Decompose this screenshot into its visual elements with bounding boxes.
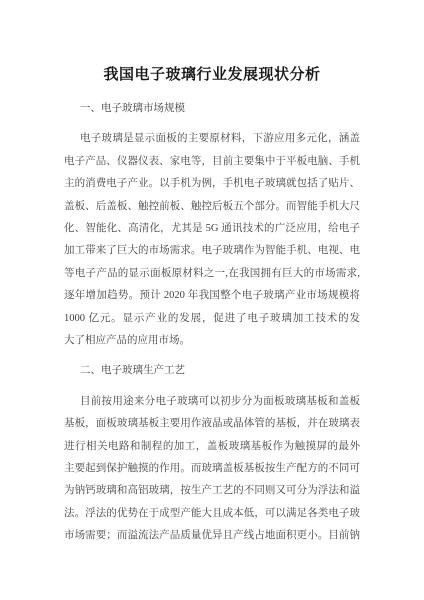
text-line: 目前按用途来分电子玻璃可以初步分为面板玻璃基板和盖板玻璃 [64,391,360,413]
document-title: 我国电子玻璃行业发展现状分析 [64,62,360,88]
text-line: 法。浮法的优势在于成型产能大且成本低，可以满足各类电子玻璃 [64,503,360,525]
text-line: 电子产品、仪器仪表、家电等，目前主要集中于平板电脑、手机为 [64,151,360,173]
text-line: 逐年增加趋势。预计 2020 年我国整个电子玻璃产业市场规模将突破 [64,285,360,307]
text-line: 为钠钙玻璃和高铝玻璃，按生产工艺的不同则又可分为浮法和溢流 [64,480,360,502]
text-line: 盖板、后盖板、触控前板、触控后板五个部分。而智能手机大尺寸 [64,196,360,218]
document-page: 我国电子玻璃行业发展现状分析 一、电子玻璃市场规模电子玻璃是显示面板的主要原材料… [0,0,424,600]
document-body: 一、电子玻璃市场规模电子玻璃是显示面板的主要原材料，下游应用多元化，涵盖消费电子… [64,98,360,547]
text-line: 基板，面板玻璃基板主要用作液晶或晶体管的基板，并在玻璃表面 [64,413,360,435]
text-line: 1000 亿元。显示产业的发展，促进了电子玻璃加工技术的发展，扩 [64,308,360,330]
paragraph: 电子玻璃是显示面板的主要原材料，下游应用多元化，涵盖消费电子产品、仪器仪表、家电… [64,128,360,352]
text-line: 大了相应产品的应用市场。 [64,330,360,352]
section-heading: 一、电子玻璃市场规模 [64,98,360,120]
text-line: 化、智能化、高清化，尤其是 5G 通讯技术的广泛应用，给电子玻璃 [64,218,360,240]
text-line: 等电子产品的显示面板原材料之一,在我国拥有巨大的市场需求,且呈 [64,263,360,285]
text-line: 市场需要；而溢流法产品质量优异且产线占地面积更小。目前钠钙 [64,525,360,547]
paragraph: 目前按用途来分电子玻璃可以初步分为面板玻璃基板和盖板玻璃基板，面板玻璃基板主要用… [64,391,360,548]
text-line: 电子玻璃是显示面板的主要原材料，下游应用多元化，涵盖消费 [64,128,360,150]
text-line: 进行相关电路和制程的加工，盖板玻璃基板作为触摸屏的最外层， [64,436,360,458]
text-line: 主要起到保护触摸的作用。而玻璃盖板基板按生产配方的不同可分 [64,458,360,480]
section-heading: 二、电子玻璃生产工艺 [64,360,360,382]
text-line: 主的消费电子产业。以手机为例，手机电子玻璃就包括了贴片、前 [64,173,360,195]
text-line: 加工带来了巨大的市场需求。电子玻璃作为智能手机、电视、电脑 [64,240,360,262]
